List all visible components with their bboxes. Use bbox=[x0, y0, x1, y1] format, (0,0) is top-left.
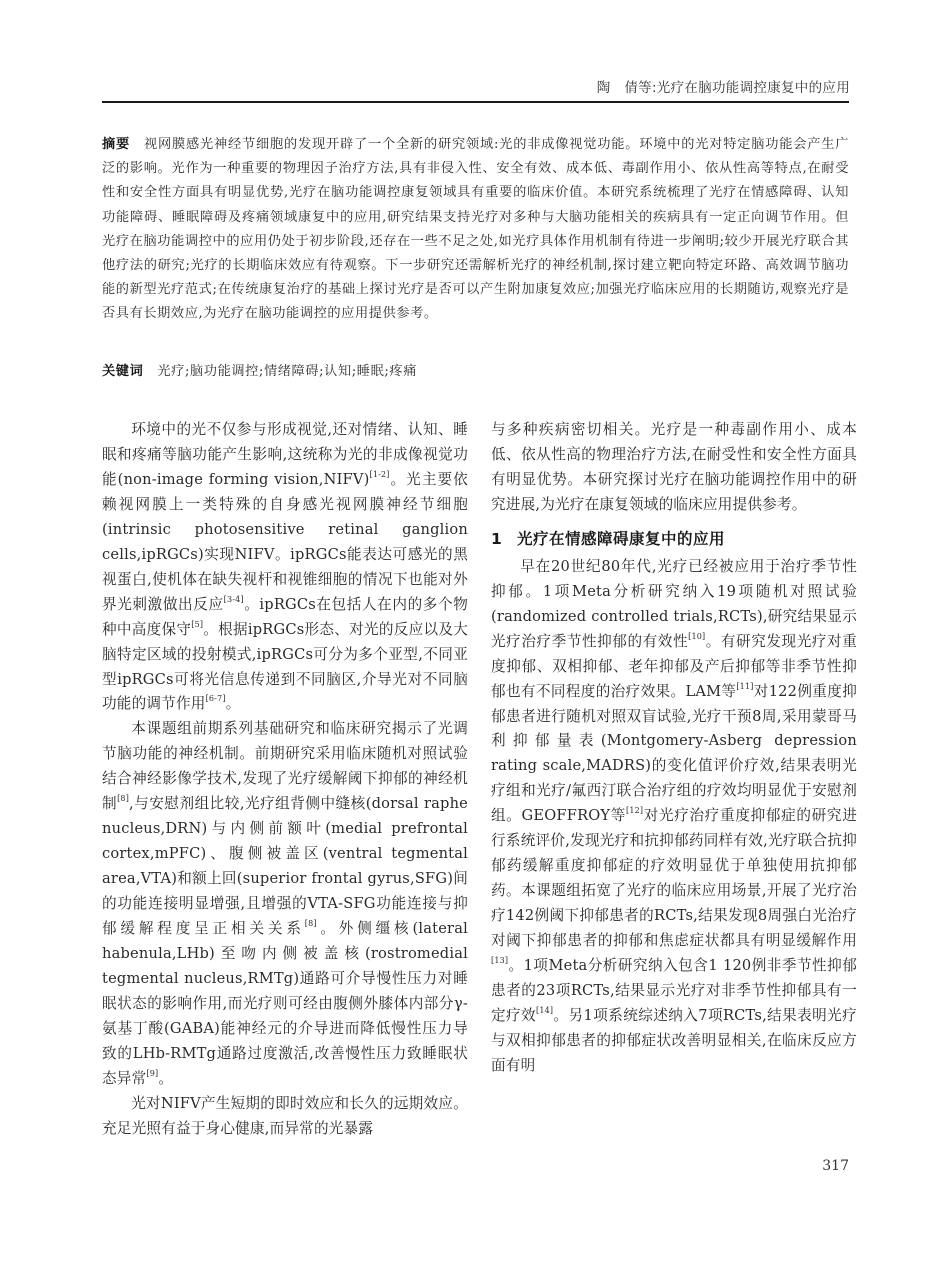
text-run: 对122例重度抑郁患者进行随机对照双盲试验,光疗干预8周,采用蒙哥马利抑郁量表(… bbox=[491, 683, 857, 825]
section-number: 1 bbox=[491, 527, 517, 551]
citation: [8] bbox=[117, 794, 129, 803]
keywords-label: 关键词 bbox=[102, 364, 143, 379]
citation: [3-4] bbox=[224, 595, 244, 604]
abstract: 摘要视网膜感光神经节细胞的发现开辟了一个全新的研究领域:光的非成像视觉功能。环境… bbox=[102, 133, 849, 327]
keywords-text: 光疗;脑功能调控;情绪障碍;认知;睡眠;疼痛 bbox=[157, 364, 417, 379]
citation: [14] bbox=[536, 1006, 553, 1015]
paragraph-affective-disorders: 早在20世纪80年代,光疗已经被应用于治疗季节性抑郁。1项Meta分析研究纳入1… bbox=[491, 555, 857, 1079]
abstract-label: 摘要 bbox=[102, 137, 130, 152]
citation: [5] bbox=[191, 620, 203, 629]
text-run: 。外侧缰核(lateral habenula,LHb)至吻内侧被盖核(rostr… bbox=[102, 920, 468, 1087]
citation: [9] bbox=[146, 1069, 158, 1078]
keywords: 关键词光疗;脑功能调控;情绪障碍;认知;睡眠;疼痛 bbox=[102, 360, 849, 384]
paragraph-nifv-effects: 光对NIFV产生短期的即时效应和长久的远期效应。充足光照有益于身心健康,而异常的… bbox=[102, 1092, 468, 1142]
section-heading: 1光疗在情感障碍康复中的应用 bbox=[491, 527, 857, 551]
running-header: 陶 倩等:光疗在脑功能调控康复中的应用 bbox=[597, 76, 850, 96]
abstract-text: 视网膜感光神经节细胞的发现开辟了一个全新的研究领域:光的非成像视觉功能。环境中的… bbox=[102, 137, 849, 321]
paragraph-prior-research: 本课题组前期系列基础研究和临床研究揭示了光调节脑功能的神经机制。前期研究采用临床… bbox=[102, 717, 468, 1091]
page-number: 317 bbox=[822, 1158, 849, 1174]
text-run: 与多种疾病密切相关。光疗是一种毒副作用小、成本低、依从性高的物理治疗方法,在耐受… bbox=[491, 421, 857, 513]
citation: [12] bbox=[626, 806, 643, 815]
citation: [11] bbox=[736, 682, 753, 691]
text-run: 。 bbox=[158, 1070, 173, 1087]
citation: [10] bbox=[688, 632, 705, 641]
citation: [8] bbox=[305, 919, 317, 928]
text-run: ,与安慰剂组比较,光疗组背侧中缝核(dorsal raphe nucleus,D… bbox=[102, 795, 468, 937]
citation: [13] bbox=[491, 956, 508, 965]
text-run: 。光主要依赖视网膜上一类特殊的自身感光视网膜神经节细胞(intrinsic ph… bbox=[102, 471, 468, 613]
section-title: 光疗在情感障碍康复中的应用 bbox=[517, 530, 725, 548]
left-column: 环境中的光不仅参与形成视觉,还对情绪、认知、睡眠和疼痛等脑功能产生影响,这统称为… bbox=[102, 418, 468, 1142]
paragraph-continued: 与多种疾病密切相关。光疗是一种毒副作用小、成本低、依从性高的物理治疗方法,在耐受… bbox=[491, 418, 857, 518]
text-run: 。 bbox=[226, 695, 241, 712]
citation: [6-7] bbox=[206, 694, 226, 703]
header-rule bbox=[102, 101, 849, 103]
text-run: 。另1项系统综述纳入7项RCTs,结果表明光疗与双相抑郁患者的抑郁症状改善明显相… bbox=[491, 1007, 857, 1074]
right-column: 与多种疾病密切相关。光疗是一种毒副作用小、成本低、依从性高的物理治疗方法,在耐受… bbox=[491, 418, 857, 1079]
citation: [1-2] bbox=[370, 470, 390, 479]
paragraph-intro: 环境中的光不仅参与形成视觉,还对情绪、认知、睡眠和疼痛等脑功能产生影响,这统称为… bbox=[102, 418, 468, 717]
text-run: 光对NIFV产生短期的即时效应和长久的远期效应。充足光照有益于身心健康,而异常的… bbox=[102, 1095, 468, 1137]
text-run: 对光疗治疗重度抑郁症的研究进行系统评价,发现光疗和抗抑郁药同样有效,光疗联合抗抑… bbox=[491, 807, 857, 949]
